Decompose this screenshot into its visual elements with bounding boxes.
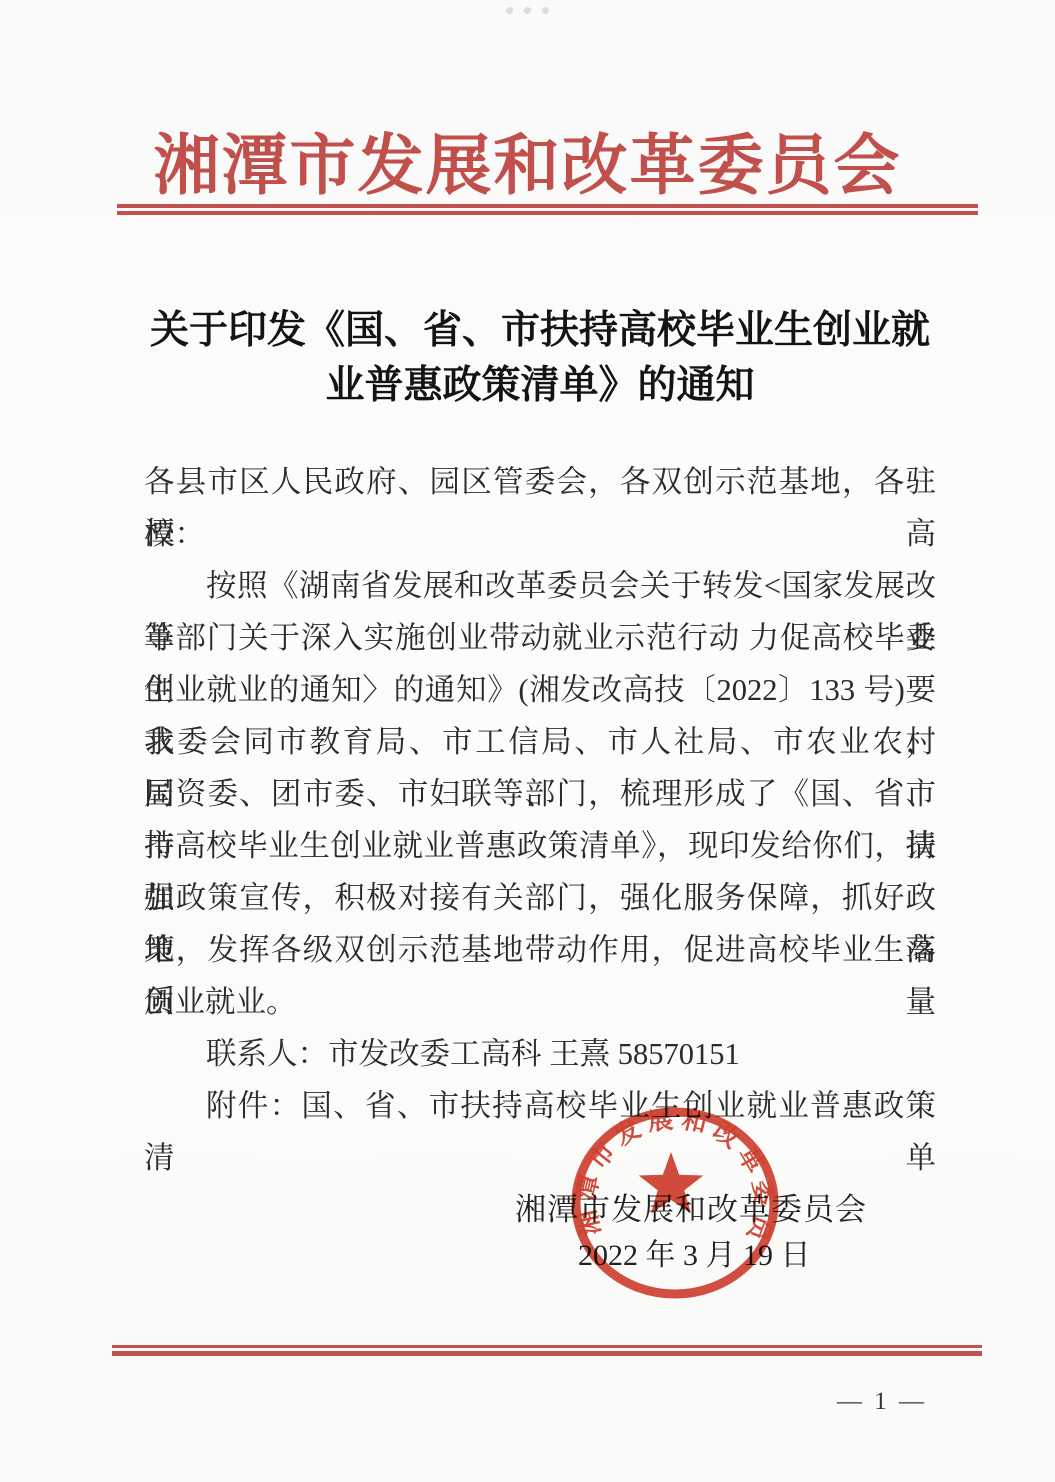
body-line: 国资委、团市委、市妇联等部门，梳理形成了《国、省、市扶 — [144, 768, 936, 820]
body-line: 我委会同市教育局、市工信局、市人社局、市农业农村局、市 — [144, 716, 936, 768]
header-double-rule — [117, 204, 978, 215]
scan-artifact-dots — [506, 7, 549, 14]
body-line: 按照《湖南省发展和改革委员会关于转发<国家发展改革委 — [144, 560, 936, 612]
page-number: — 1 — — [830, 1388, 934, 1416]
document-page: 湘潭市发展和改革委员会 关于印发《国、省、市扶持高校毕业生创业就 业普惠政策清单… — [0, 0, 1055, 1482]
body-line: 强政策宣传，积极对接有关部门，强化服务保障，抓好政策落 — [144, 872, 936, 924]
body-text: 各县市区人民政府、园区管委会，各双创示范基地，各驻潭高 校： 按照《湖南省发展和… — [144, 456, 936, 1132]
body-line: 等部门关于深入实施创业带动就业示范行动 力促高校毕业生 — [144, 612, 936, 664]
official-seal: 湘潭市发展和改革委员会 — [565, 1100, 785, 1310]
document-title-line1: 关于印发《国、省、市扶持高校毕业生创业就 — [25, 303, 1055, 358]
contact-line: 联系人：市发改委工高科 王熹 58570151 — [144, 1028, 936, 1080]
letterhead-agency-title: 湘潭市发展和改革委员会 — [0, 112, 1055, 207]
star-icon — [639, 1152, 704, 1214]
body-line: 各县市区人民政府、园区管委会，各双创示范基地，各驻潭高 — [144, 456, 936, 508]
footer-double-rule — [112, 1345, 982, 1356]
body-line: 创业就业的通知〉的通知》(湘发改高技〔2022〕133 号)要求， — [144, 664, 936, 716]
attachment-line: 附件：国、省、市扶持高校毕业生创业就业普惠政策清单 — [144, 1080, 936, 1132]
body-line: 地，发挥各级双创示范基地带动作用，促进高校毕业生高质量 — [144, 924, 936, 976]
document-title-line2: 业普惠政策清单》的通知 — [25, 358, 1055, 413]
document-title: 关于印发《国、省、市扶持高校毕业生创业就 业普惠政策清单》的通知 — [25, 303, 1055, 413]
body-line: 持高校毕业生创业就业普惠政策清单》，现印发给你们，请加 — [144, 820, 936, 872]
